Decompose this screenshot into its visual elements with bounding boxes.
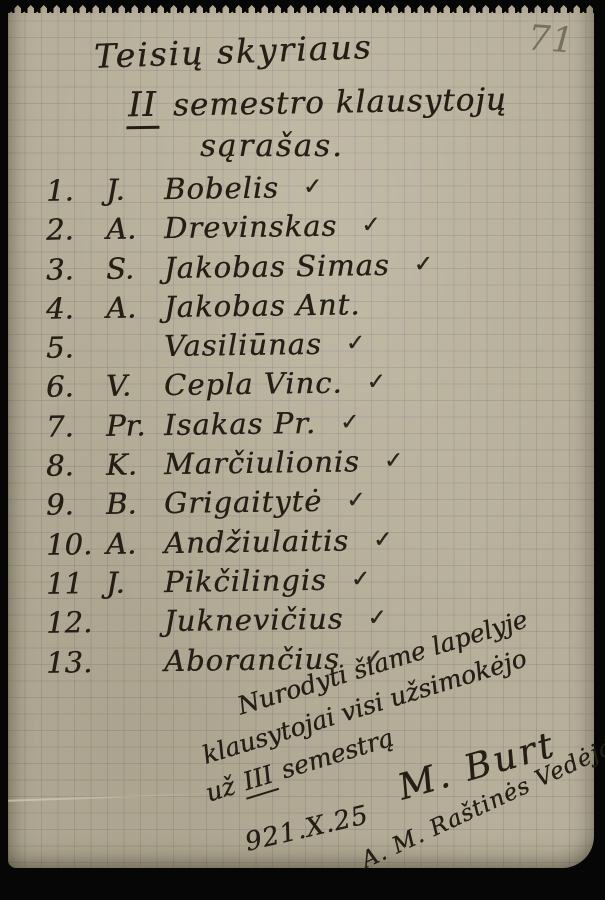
entry-name: Isakas Pr. [164, 405, 316, 441]
entry-initial: J. [106, 172, 164, 207]
entry-number: 2. [46, 212, 106, 247]
entry-name: Juknevičius [164, 601, 344, 638]
entry-number: 10. [46, 526, 106, 561]
date: 921.X.25 [242, 800, 371, 858]
checkmark-icon: ✓ [366, 369, 386, 395]
checkmark-icon: ✓ [414, 251, 434, 277]
student-list: 1. J. Bobelis ✓ 2. A. Drevinskas ✓ 3. S.… [46, 167, 580, 678]
photo-backdrop: 71 Teisių skyriaus IIsemestro klausytojų… [0, 0, 605, 900]
entry-number: 4. [46, 290, 106, 325]
checkmark-icon: ✓ [346, 487, 366, 513]
page-number: 71 [527, 18, 576, 61]
semester-numeral: II [126, 85, 160, 130]
checkmark-icon: ✓ [373, 526, 393, 552]
entry-initial [106, 346, 164, 347]
entry-name: Pikčilingis [164, 562, 327, 598]
entry-initial [106, 660, 164, 661]
footnote-line-3-prefix: už [202, 771, 238, 807]
entry-initial: S. [106, 250, 164, 285]
checkmark-icon: ✓ [367, 605, 387, 631]
entry-initial: Pr. [106, 408, 164, 443]
entry-initial: J. [106, 565, 164, 600]
entry-number: 11 [46, 566, 106, 601]
entry-name: Jakobas Ant. [164, 287, 361, 324]
entry-number: 9. [46, 487, 106, 522]
entry-initial: V. [106, 368, 164, 403]
entry-number: 7. [46, 408, 106, 443]
entry-name: Andžiulaitis [164, 523, 350, 560]
entry-name: Drevinskas [164, 209, 338, 245]
checkmark-icon: ✓ [346, 330, 366, 356]
entry-number: 3. [46, 251, 106, 286]
torn-edge [8, 4, 594, 13]
entry-initial: K. [106, 447, 164, 482]
header-line-2: IIsemestro klausytojų [126, 79, 507, 126]
entry-number: 8. [46, 448, 106, 483]
entry-initial: A. [106, 525, 164, 560]
header-line-3: sąrašas. [200, 128, 344, 164]
entry-name: Grigaitytė [164, 484, 323, 520]
checkmark-icon: ✓ [351, 566, 371, 592]
entry-number: 12. [46, 605, 106, 640]
entry-number: 6. [46, 369, 106, 404]
entry-name: Marčiulionis [164, 444, 360, 481]
entry-name: Vasiliūnas [164, 327, 322, 363]
entry-name: Bobelis [164, 170, 279, 206]
checkmark-icon: ✓ [361, 212, 381, 238]
checkmark-icon: ✓ [303, 174, 323, 200]
entry-initial [106, 621, 164, 622]
entry-initial: A. [106, 211, 164, 246]
checkmark-icon: ✓ [384, 447, 404, 473]
entry-number: 13. [46, 644, 106, 679]
entry-number: 5. [46, 330, 106, 365]
document-page: 71 Teisių skyriaus IIsemestro klausytojų… [8, 4, 594, 868]
header-line-2-text: semestro klausytojų [173, 82, 508, 124]
entry-number: 1. [46, 173, 106, 208]
checkmark-icon: ✓ [340, 409, 360, 435]
entry-initial: A. [106, 290, 164, 325]
paper-crease [8, 792, 223, 802]
entry-name: Jakobas Simas [164, 247, 390, 284]
entry-name: Cepla Vinc. [164, 366, 343, 402]
entry-initial: B. [106, 486, 164, 521]
list-item: 2. A. Drevinskas ✓ [46, 203, 580, 250]
semester-3-numeral: III [238, 759, 280, 799]
header-line-1: Teisių skyriaus [93, 27, 373, 76]
